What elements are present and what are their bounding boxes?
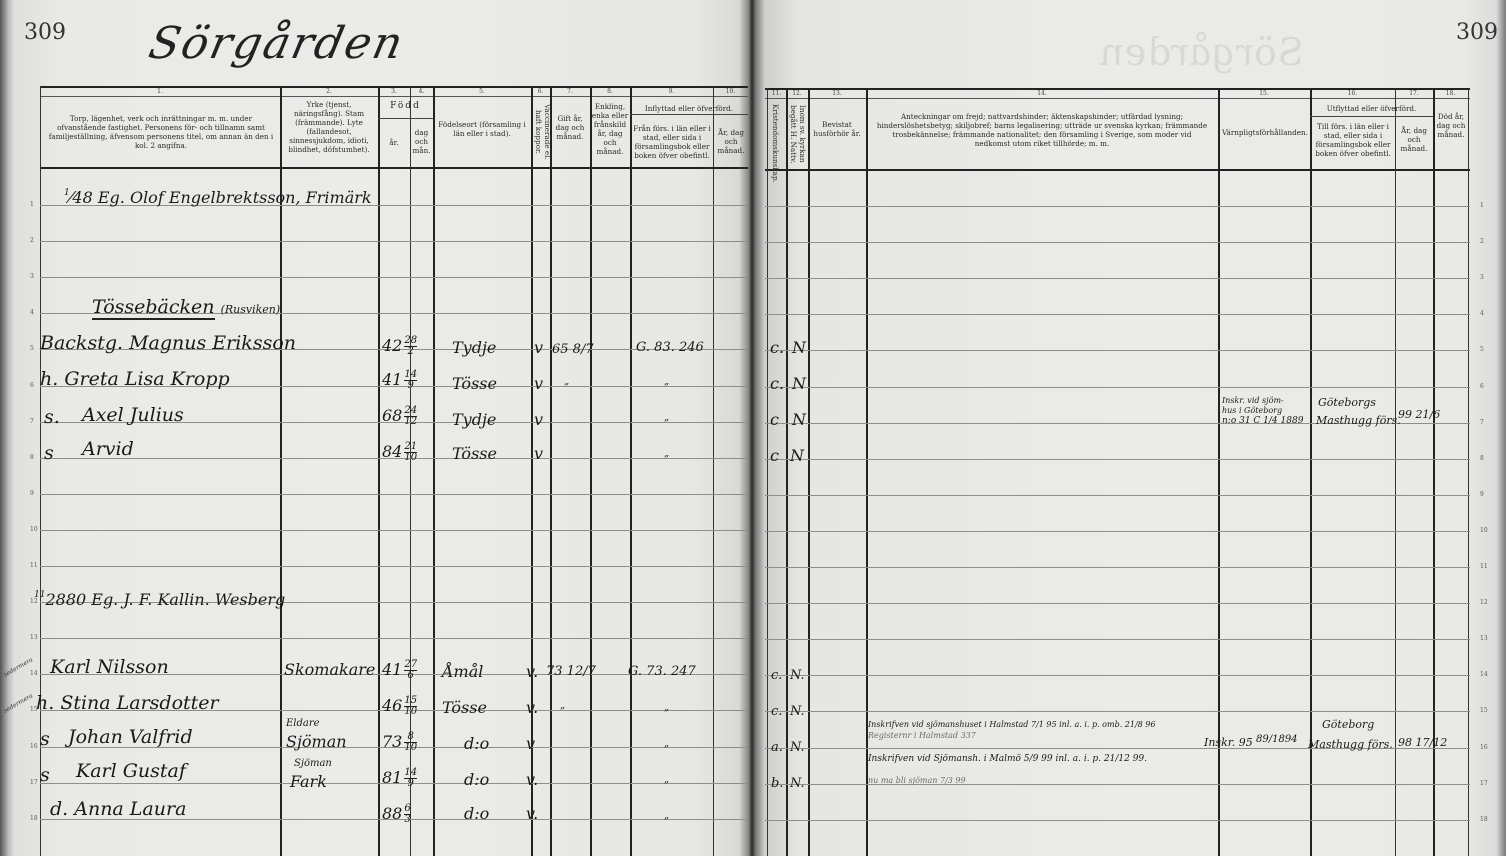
annotation-row17-note: nu ma bli sjöman 7/3 99 — [868, 776, 966, 785]
vacc-row8: v — [534, 444, 543, 463]
header-utflyttad: Utflyttad eller öfverförd. — [1310, 104, 1433, 113]
row-rule — [765, 387, 1470, 388]
entry-row18-name: d. Anna Laura — [50, 798, 186, 820]
nattvard-row6: N — [792, 374, 806, 393]
row-number-right: 14 — [1480, 671, 1488, 678]
birthplace-row15: Tösse — [442, 698, 487, 717]
birthplace-row6: Tösse — [452, 374, 497, 393]
inflyttad-sub-rule — [630, 114, 748, 115]
row-number-right: 16 — [1480, 744, 1488, 751]
col-line — [433, 86, 435, 856]
row-number-left: 13 — [30, 634, 38, 641]
moved-date-row16: 98 17/12 — [1398, 736, 1447, 749]
header-col14: Anteckningar om frejd; nattvardshinder; … — [874, 112, 1210, 148]
row-number-right: 1 — [1480, 202, 1484, 209]
nattvard-row16: N. — [790, 740, 805, 755]
entry-row16-rel: s — [40, 728, 50, 750]
colnum-14: 14. — [866, 90, 1218, 97]
row-number-right: 5 — [1480, 346, 1484, 353]
row-number-left: 15 — [30, 706, 38, 713]
row-number-right: 15 — [1480, 707, 1488, 714]
row-number-right: 3 — [1480, 274, 1484, 281]
entry-row5-name: Backstg. Magnus Eriksson — [40, 332, 296, 354]
row-number-right: 9 — [1480, 491, 1484, 498]
vacc-row18: v. — [526, 804, 538, 823]
header-col15: Värnpligtsförhållanden. — [1222, 128, 1306, 137]
colnum-5: 5. — [433, 88, 531, 95]
col-line — [590, 86, 592, 856]
birth-row16: 73810 — [382, 732, 417, 753]
utflyttad-sub-rule — [1310, 116, 1433, 117]
header-col8: Enkling, enka eller frånskild år, dag oc… — [591, 102, 629, 156]
moved-from-ditto-row6: „ — [664, 376, 669, 387]
moved-from-ditto-row16: „ — [664, 738, 669, 749]
header-col5: Födelseort (församling i län eller i sta… — [437, 120, 527, 138]
vacc-row14: v. — [526, 662, 538, 681]
birth-row15: 461510 — [382, 696, 417, 717]
moved-from-ditto-row18: „ — [664, 810, 669, 821]
row-number-left: 1 — [30, 201, 34, 208]
row-rule — [765, 603, 1470, 604]
row-number-right: 2 — [1480, 238, 1484, 245]
entry-row1-col1: 1⁄48 Eg. Olof Engelbrektsson, Frimärk — [64, 188, 372, 207]
entry-row16-occ1: Eldare — [286, 718, 320, 729]
colnum-1: 1. — [40, 88, 280, 95]
row-number-left: 12 — [30, 598, 38, 605]
birth-row18: 8863 — [382, 804, 411, 825]
row-rule — [765, 278, 1470, 279]
moved-date-row7: 99 21/6 — [1398, 408, 1440, 421]
nattvard-row14: N. — [790, 668, 805, 683]
colnum-rule-left — [40, 96, 748, 97]
birth-row6: 41149 — [382, 370, 417, 391]
header-fodd: Född — [378, 102, 433, 111]
birthplace-row8: Tösse — [452, 444, 497, 463]
colnum-17: 17. — [1395, 90, 1433, 97]
col-line — [786, 88, 788, 856]
farm-title: Sörgården — [145, 18, 409, 69]
header-col1: Torp, lägenhet, verk och inrättningar m.… — [48, 114, 274, 150]
entry-row17-occ1: Sjöman — [294, 758, 332, 769]
vacc-row6: v — [534, 374, 543, 393]
row-rule — [765, 675, 1470, 676]
moved-to-row7-parish: Masthugg förs. — [1316, 414, 1401, 427]
moved-from-ditto-row17: „ — [664, 774, 669, 785]
page-number-right: 309 — [1456, 20, 1498, 45]
entry-row16-name: Johan Valfrid — [68, 726, 193, 748]
row-number-left: 9 — [30, 490, 34, 497]
header-col16: Till förs. i län eller i stad, eller sid… — [1312, 122, 1394, 158]
nattvard-row5: N — [792, 338, 806, 357]
birthplace-row5: Tydje — [452, 338, 496, 357]
birthplace-row14: Åmål — [442, 662, 483, 681]
header-col6: Vaccinerade el. haft koppor. — [534, 100, 552, 164]
row-rule — [765, 711, 1470, 712]
married-row14: 73 12/7 — [546, 664, 596, 679]
row-rule — [765, 820, 1470, 821]
row-number-left: 4 — [30, 309, 34, 316]
colnum-10: 10. — [713, 88, 748, 95]
header-col12: Inom sv. kyrkan begått H. Nattv. — [789, 102, 807, 166]
married-row5: 65 8/7 — [552, 342, 594, 357]
entry-row8-rel: s — [44, 442, 54, 464]
entry-row12-col1: 112880 Eg. J. F. Kallin. Wesberg — [34, 590, 285, 609]
row-rule — [40, 241, 748, 242]
colnum-rule-right — [765, 98, 1470, 99]
entry-row15-name: h. Stina Larsdotter — [36, 692, 219, 714]
row-number-right: 12 — [1480, 599, 1488, 606]
row-rule — [765, 459, 1470, 460]
moved-from-row5: G. 83. 246 — [636, 340, 704, 355]
page-number-left: 309 — [24, 20, 66, 45]
row-number-right: 10 — [1480, 527, 1488, 534]
birthplace-row18: d:o — [464, 804, 489, 823]
married-ditto-row6: „ — [564, 376, 569, 387]
colnum-12: 12. — [786, 90, 808, 97]
colnum-6: 6. — [531, 88, 550, 95]
moved-from-ditto-row15: „ — [664, 702, 669, 713]
colnum-8: 8. — [590, 88, 630, 95]
moved-from-ditto-row8: „ — [664, 448, 669, 459]
header-col11: Kristendomskunskap. — [771, 104, 780, 166]
header-col2: Yrke (tjenst, näringsfång). Stam (främma… — [282, 100, 376, 154]
entry-row14-occupation: Skomakare — [284, 660, 375, 679]
birth-row7: 682412 — [382, 406, 417, 427]
annotation-row17: Inskrifven vid Sjömansh. i Malmö 5/9 99 … — [868, 754, 1147, 764]
military-row7-line2: hus i Göteborg — [1222, 406, 1282, 415]
military-row16-inskr: Inskr. 95 — [1204, 736, 1253, 749]
row-number-left: 18 — [30, 815, 38, 822]
military-row7-line3: n:o 31 C 1/4 1889 — [1222, 416, 1303, 426]
annotation-row16-register: Registernr i Halmstad 337 — [868, 731, 976, 740]
row-number-left: 8 — [30, 454, 34, 461]
kristendom-row17: b. — [771, 776, 783, 791]
header-col17: År, dag och månad. — [1396, 126, 1432, 153]
row-number-left: 16 — [30, 743, 38, 750]
nattvard-row17: N. — [790, 776, 805, 791]
row-number-left: 6 — [30, 382, 34, 389]
col-line — [1468, 88, 1469, 856]
birthplace-row7: Tydje — [452, 410, 496, 429]
row-number-left: 3 — [30, 273, 34, 280]
header-col9: Från förs. i län eller i stad, eller sid… — [632, 124, 712, 160]
col-line — [808, 88, 810, 856]
row-rule — [765, 350, 1470, 351]
kristendom-row16: a. — [771, 740, 783, 755]
entry-row17-occ2: Fark — [290, 772, 327, 791]
row-number-right: 8 — [1480, 455, 1484, 462]
row-number-right: 17 — [1480, 780, 1488, 787]
row-number-left: 5 — [30, 345, 34, 352]
colnum-2: 2. — [280, 88, 378, 95]
colnum-11: 11. — [767, 90, 786, 97]
row-number-left: 17 — [30, 779, 38, 786]
annotation-row16: Inskrifven vid sjömanshuset i Halmstad 7… — [868, 720, 1155, 729]
birthplace-row16: d:o — [464, 734, 489, 753]
birth-row8: 842110 — [382, 442, 417, 463]
row-number-right: 11 — [1480, 563, 1488, 570]
col-line — [767, 88, 768, 856]
col-line — [550, 86, 552, 856]
row-number-right: 13 — [1480, 635, 1488, 642]
kristendom-row5: c. — [770, 338, 784, 357]
kristendom-row15: c. — [771, 704, 782, 719]
entry-row17-rel: s — [40, 764, 50, 786]
colnum-18: 18. — [1433, 90, 1468, 97]
moved-from-row14: G. 73. 247 — [628, 664, 696, 679]
row-number-right: 6 — [1480, 383, 1484, 390]
bleed-through-title: Sörgården — [1095, 30, 1308, 74]
moved-from-ditto-row7: „ — [664, 412, 669, 423]
col-line — [378, 86, 380, 856]
birth-row14: 41276 — [382, 660, 417, 681]
right-book-edge — [1496, 0, 1506, 856]
kristendom-row7: c — [770, 410, 779, 429]
row-number-left: 10 — [30, 526, 38, 533]
nattvard-row8: N — [790, 446, 804, 465]
header-col4: dag och mån. — [410, 128, 433, 155]
colnum-3: 3. — [378, 88, 410, 95]
header-col7: Gift år, dag och månad. — [551, 114, 589, 141]
colnum-4: 4. — [410, 88, 433, 95]
header-col3: år. — [378, 138, 410, 147]
military-row7-line1: Inskr. vid sjöm- — [1222, 396, 1284, 405]
moved-to-row7-city: Göteborgs — [1318, 396, 1376, 409]
entry-row17-name: Karl Gustaf — [76, 760, 186, 782]
row-number-right: 7 — [1480, 419, 1484, 426]
military-row16-number: 89/1894 — [1256, 734, 1298, 745]
colnum-16: 16. — [1310, 90, 1395, 97]
row-number-left: 2 — [30, 237, 34, 244]
colnum-7: 7. — [550, 88, 590, 95]
entry-row14-name: Karl Nilsson — [50, 656, 169, 678]
row-number-right: 18 — [1480, 816, 1488, 823]
moved-to-row16-parish: Masthugg förs. — [1308, 738, 1393, 751]
row-rule — [40, 277, 748, 278]
fodd-sub-rule — [378, 118, 433, 119]
vacc-row7: v — [534, 410, 543, 429]
birth-row17: 81149 — [382, 768, 417, 789]
header-col18: Död år, dag och månad. — [1434, 112, 1468, 139]
row-rule — [765, 495, 1470, 496]
vacc-row17: v. — [526, 770, 538, 789]
married-ditto-row15: „ — [560, 700, 565, 711]
row-number-right: 4 — [1480, 310, 1484, 317]
row-number-left: 11 — [30, 562, 38, 569]
row-number-left: 14 — [30, 670, 38, 677]
col-line — [630, 86, 632, 856]
left-book-edge — [0, 0, 14, 856]
vacc-row5: v — [534, 338, 543, 357]
row-rule — [765, 314, 1470, 315]
row-rule — [765, 639, 1470, 640]
col-line — [1395, 88, 1396, 856]
row-rule — [765, 242, 1470, 243]
entry-row7-name: Axel Julius — [82, 404, 184, 426]
col-line — [713, 86, 714, 856]
row-rule — [40, 494, 748, 495]
kristendom-row8: c — [770, 446, 779, 465]
colnum-13: 13. — [808, 90, 866, 97]
vacc-row16: v — [526, 734, 535, 753]
header-bottom-rule-left — [40, 167, 748, 169]
header-bottom-rule-right — [765, 169, 1470, 171]
header-col10: År, dag och månad. — [714, 128, 748, 155]
header-col13: Bevistat husförhör år. — [810, 120, 864, 138]
birth-row5: 42282 — [382, 336, 417, 357]
header-inflyttad: Inflyttad eller öfverförd. — [630, 104, 748, 113]
entry-row16-occ2: Sjöman — [286, 732, 347, 751]
row-rule — [765, 206, 1470, 207]
entry-row6-name: h. Greta Lisa Kropp — [40, 368, 230, 390]
colnum-9: 9. — [630, 88, 713, 95]
entry-row8-name: Arvid — [82, 438, 134, 460]
col-line — [866, 88, 868, 856]
entry-row4-place: Tössebäcken (Rusviken) — [92, 296, 280, 318]
kristendom-row6: c. — [770, 374, 784, 393]
row-number-left: 7 — [30, 418, 34, 425]
vacc-row15: v. — [526, 698, 538, 717]
entry-row7-rel: s. — [44, 406, 60, 428]
moved-to-row16-city: Göteborg — [1322, 718, 1374, 731]
row-rule — [40, 530, 748, 531]
row-rule — [765, 531, 1470, 532]
nattvard-row7: N — [792, 410, 806, 429]
colnum-15: 15. — [1218, 90, 1310, 97]
kristendom-row14: c. — [771, 668, 782, 683]
birthplace-row17: d:o — [464, 770, 489, 789]
row-rule — [40, 638, 748, 639]
row-rule — [765, 567, 1470, 568]
nattvard-row15: N. — [790, 704, 805, 719]
row-rule — [40, 566, 748, 567]
